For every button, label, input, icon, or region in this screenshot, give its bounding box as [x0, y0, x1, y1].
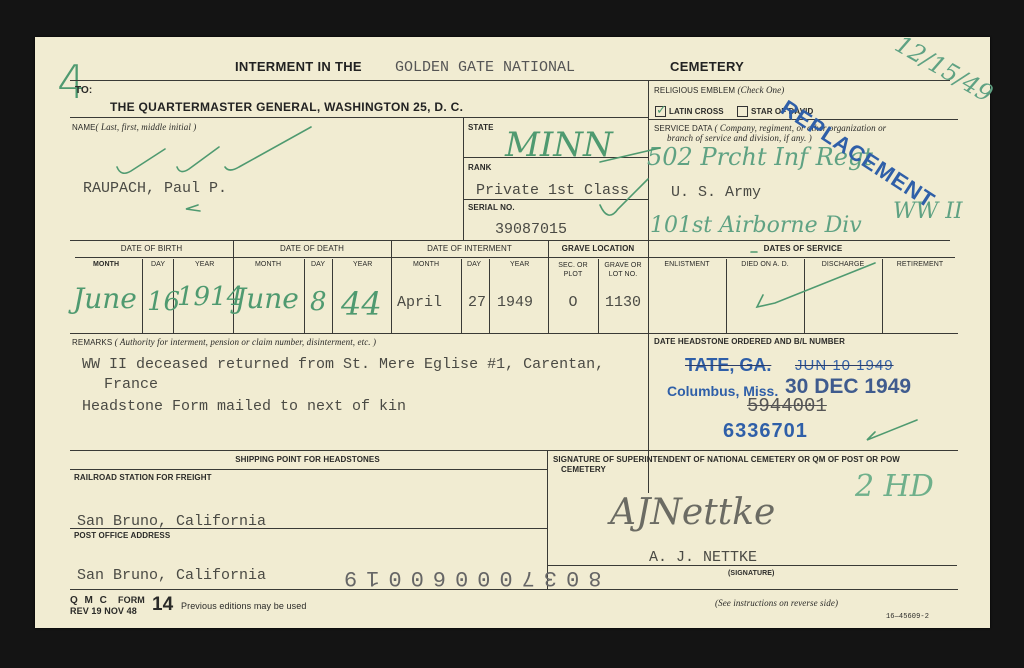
handwritten-checkmarks: [35, 37, 990, 628]
interment-record-card: 4 INTERMENT IN THE GOLDEN GATE NATIONAL …: [35, 37, 990, 628]
